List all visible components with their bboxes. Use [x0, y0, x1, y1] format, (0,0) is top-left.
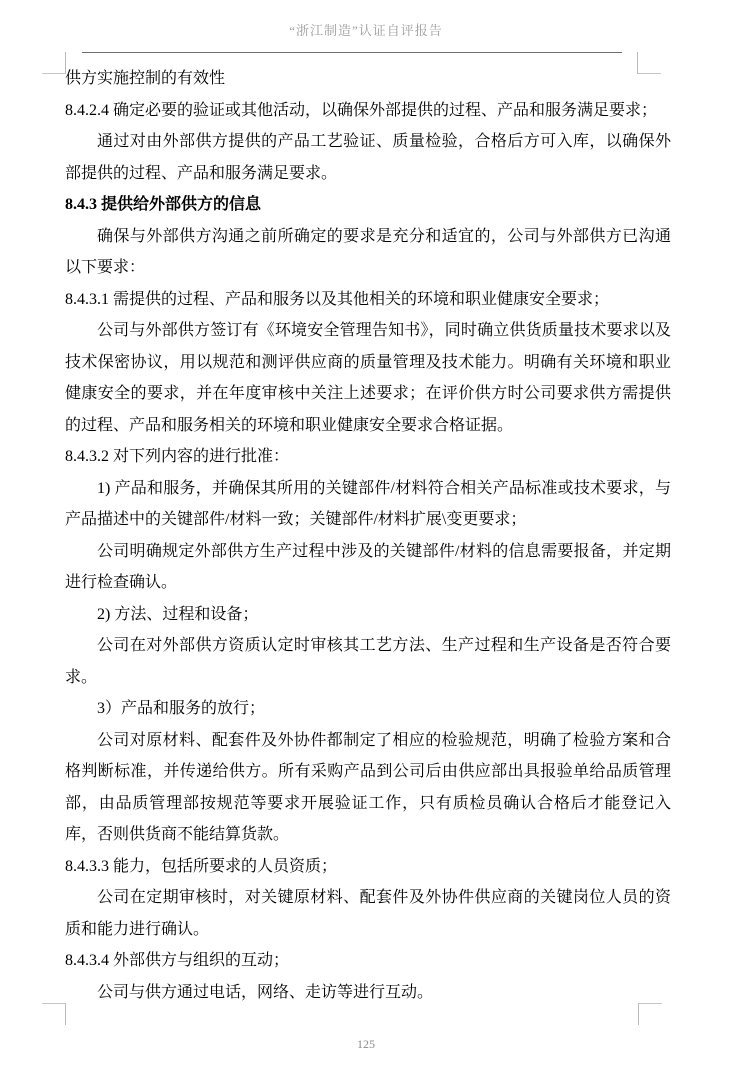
document-body: 供方实施控制的有效性 8.4.2.4 确定必要的验证或其他活动，以确保外部提供的…	[65, 63, 671, 1008]
paragraph-body: 公司对原材料、配套件及外协件都制定了相应的检验规范，明确了检验方案和合格判断标准…	[65, 725, 671, 851]
paragraph-clause-8431: 8.4.3.1 需提供的过程、产品和服务以及其他相关的环境和职业健康安全要求；	[65, 284, 671, 316]
paragraph-clause-8432: 8.4.3.2 对下列内容的进行批准：	[65, 441, 671, 473]
paragraph-body: 公司明确规定外部供方生产过程中涉及的关键部件/材料的信息需要报备，并定期进行检查…	[65, 536, 671, 599]
paragraph-list-item-2: 2) 方法、过程和设备；	[65, 599, 671, 631]
paragraph-clause-8434: 8.4.3.4 外部供方与组织的互动；	[65, 945, 671, 977]
paragraph-clause-8433: 8.4.3.3 能力，包括所要求的人员资质；	[65, 851, 671, 883]
text-boundary-mark-top-left	[42, 52, 66, 74]
paragraph-list-item-3: 3）产品和服务的放行；	[65, 693, 671, 725]
paragraph-body: 公司在定期审核时，对关键原材料、配套件及外协件供应商的关键岗位人员的资质和能力进…	[65, 882, 671, 945]
paragraph-list-item-1: 1) 产品和服务，并确保其所用的关键部件/材料符合相关产品标准或技术要求，与产品…	[65, 473, 671, 536]
text-boundary-mark-bottom-left	[42, 1003, 66, 1025]
paragraph-body: 通过对由外部供方提供的产品工艺验证、质量检验，合格后方可入库，以确保外部提供的过…	[65, 126, 671, 189]
paragraph-body: 公司与供方通过电话，网络、走访等进行互动。	[65, 977, 671, 1009]
document-page: “浙江制造”认证自评报告 供方实施控制的有效性 8.4.2.4 确定必要的验证或…	[0, 0, 732, 1082]
header-title: “浙江制造”认证自评报告	[0, 20, 732, 39]
page-number: 125	[0, 1037, 732, 1052]
section-heading-843: 8.4.3 提供给外部供方的信息	[65, 189, 671, 221]
paragraph-body: 公司与外部供方签订有《环境安全管理告知书》，同时确立供货质量技术要求以及技术保密…	[65, 315, 671, 441]
header-rule	[82, 52, 622, 53]
paragraph-clause-8424: 8.4.2.4 确定必要的验证或其他活动，以确保外部提供的过程、产品和服务满足要…	[65, 95, 671, 127]
paragraph-body: 确保与外部供方沟通之前所确定的要求是充分和适宜的，公司与外部供方已沟通以下要求：	[65, 221, 671, 284]
paragraph-continuation: 供方实施控制的有效性	[65, 63, 671, 95]
paragraph-body: 公司在对外部供方资质认定时审核其工艺方法、生产过程和生产设备是否符合要求。	[65, 630, 671, 693]
